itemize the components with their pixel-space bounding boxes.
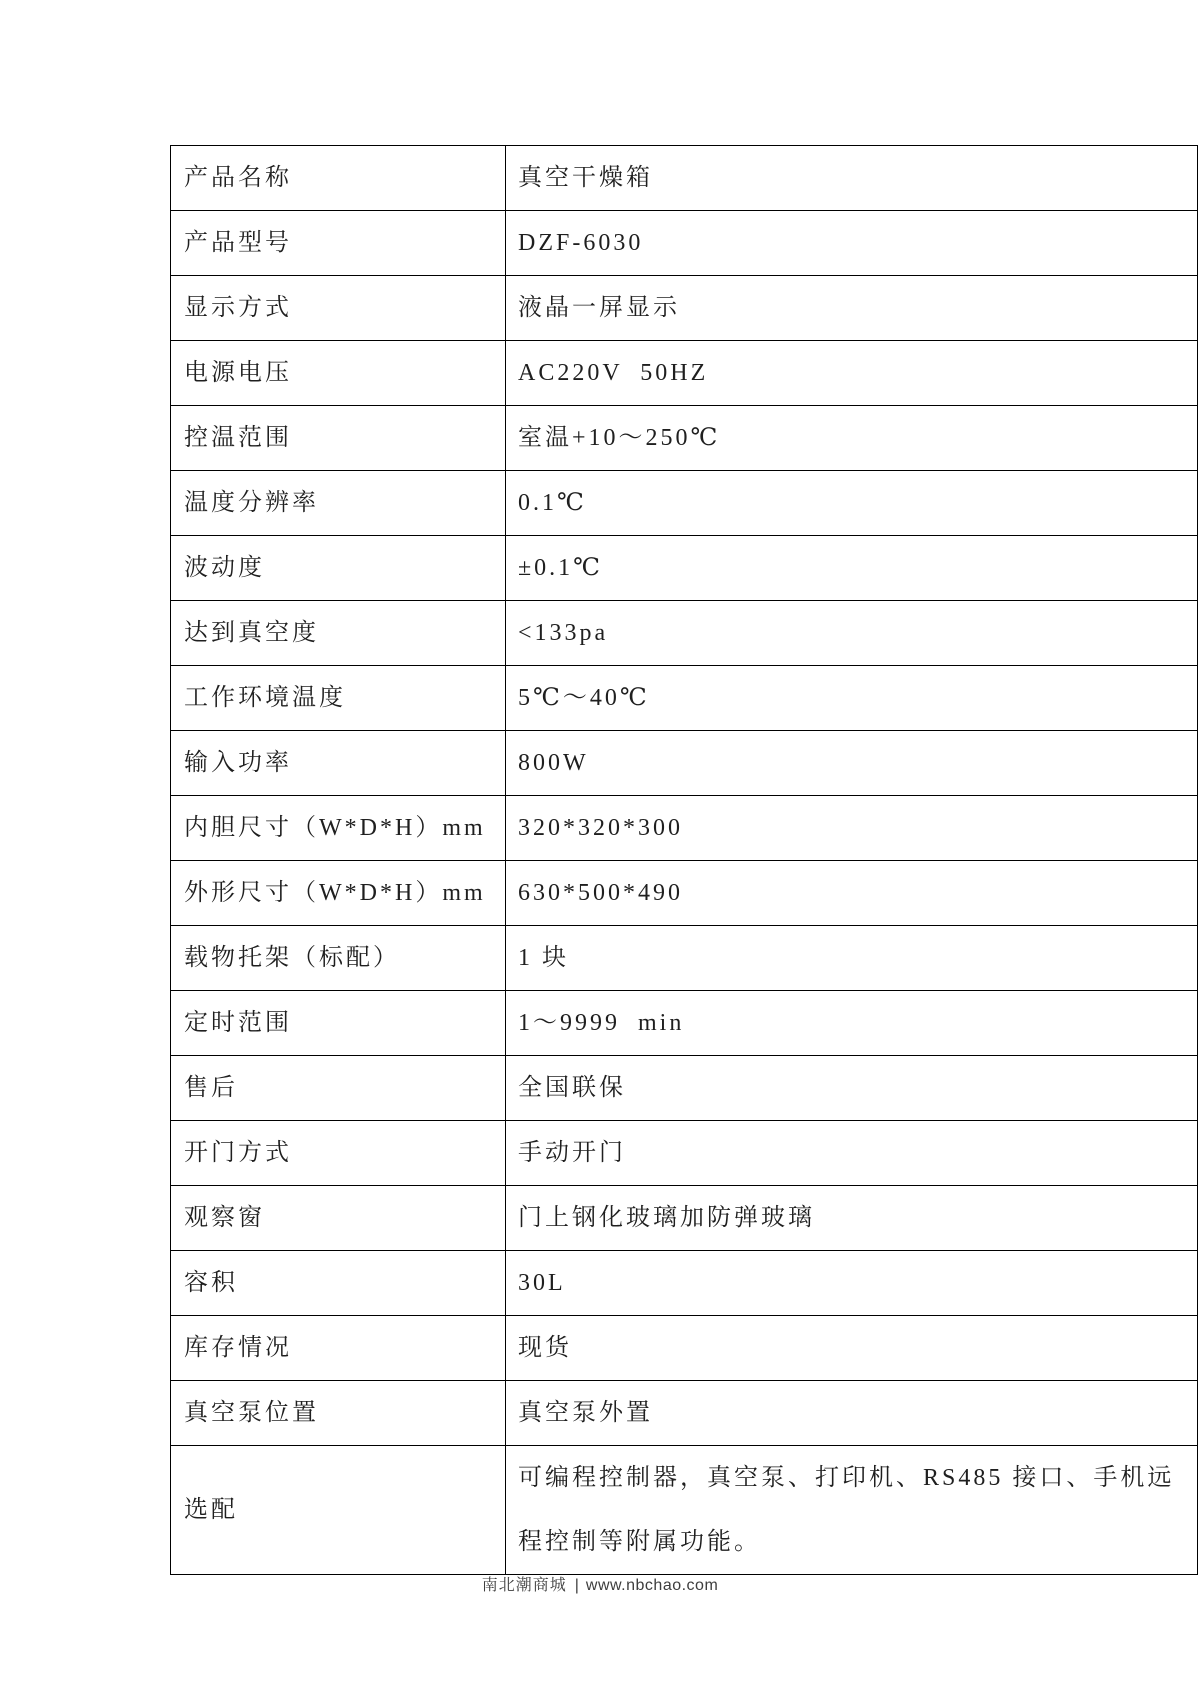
spec-value-cell: 1～9999 min [506, 991, 1198, 1056]
spec-label-cell: 电源电压 [171, 341, 506, 406]
spec-value-cell: 0.1℃ [506, 471, 1198, 536]
table-row: 库存情况 现货 [171, 1316, 1198, 1381]
table-row: 外形尺寸（W*D*H）mm 630*500*490 [171, 861, 1198, 926]
spec-value-cell: 800W [506, 731, 1198, 796]
spec-label-cell: 输入功率 [171, 731, 506, 796]
table-row: 选配 可编程控制器，真空泵、打印机、RS485 接口、手机远程控制等附属功能。 [171, 1446, 1198, 1575]
spec-value-cell: ±0.1℃ [506, 536, 1198, 601]
table-row: 达到真空度 <133pa [171, 601, 1198, 666]
spec-label-cell: 达到真空度 [171, 601, 506, 666]
spec-label-cell: 售后 [171, 1056, 506, 1121]
spec-label-cell: 库存情况 [171, 1316, 506, 1381]
spec-value-cell: 5℃～40℃ [506, 666, 1198, 731]
spec-value-cell: 真空泵外置 [506, 1381, 1198, 1446]
table-row: 电源电压 AC220V 50HZ [171, 341, 1198, 406]
spec-label-cell: 内胆尺寸（W*D*H）mm [171, 796, 506, 861]
table-row: 售后 全国联保 [171, 1056, 1198, 1121]
spec-label-cell: 载物托架（标配） [171, 926, 506, 991]
spec-value-cell: 门上钢化玻璃加防弹玻璃 [506, 1186, 1198, 1251]
spec-label-cell: 产品型号 [171, 211, 506, 276]
table-row: 温度分辨率 0.1℃ [171, 471, 1198, 536]
spec-label-cell: 真空泵位置 [171, 1381, 506, 1446]
table-row: 容积 30L [171, 1251, 1198, 1316]
spec-value-cell: 30L [506, 1251, 1198, 1316]
spec-label-cell: 控温范围 [171, 406, 506, 471]
table-row: 观察窗 门上钢化玻璃加防弹玻璃 [171, 1186, 1198, 1251]
table-row: 波动度 ±0.1℃ [171, 536, 1198, 601]
spec-value-cell: DZF-6030 [506, 211, 1198, 276]
spec-value-cell: AC220V 50HZ [506, 341, 1198, 406]
spec-value-cell: 320*320*300 [506, 796, 1198, 861]
table-row: 真空泵位置 真空泵外置 [171, 1381, 1198, 1446]
spec-label-cell: 定时范围 [171, 991, 506, 1056]
spec-value-cell: 手动开门 [506, 1121, 1198, 1186]
table-row: 工作环境温度 5℃～40℃ [171, 666, 1198, 731]
spec-label-cell: 工作环境温度 [171, 666, 506, 731]
spec-label-cell: 选配 [171, 1446, 506, 1575]
spec-table: 产品名称 真空干燥箱 产品型号 DZF-6030 显示方式 液晶一屏显示 电源电… [170, 145, 1198, 1575]
spec-label-cell: 波动度 [171, 536, 506, 601]
spec-value-cell: <133pa [506, 601, 1198, 666]
footer-separator: | [575, 1577, 580, 1594]
spec-value-cell: 1 块 [506, 926, 1198, 991]
spec-label-cell: 产品名称 [171, 146, 506, 211]
table-row: 开门方式 手动开门 [171, 1121, 1198, 1186]
spec-label-cell: 开门方式 [171, 1121, 506, 1186]
spec-label-cell: 温度分辨率 [171, 471, 506, 536]
spec-label-cell: 容积 [171, 1251, 506, 1316]
spec-label-cell: 显示方式 [171, 276, 506, 341]
table-row: 定时范围 1～9999 min [171, 991, 1198, 1056]
spec-label-cell: 观察窗 [171, 1186, 506, 1251]
table-row: 输入功率 800W [171, 731, 1198, 796]
spec-value-cell: 可编程控制器，真空泵、打印机、RS485 接口、手机远程控制等附属功能。 [506, 1446, 1198, 1575]
footer-url: www.nbchao.com [586, 1577, 718, 1594]
table-row: 显示方式 液晶一屏显示 [171, 276, 1198, 341]
spec-value-cell: 液晶一屏显示 [506, 276, 1198, 341]
page-footer: 南北潮商城|www.nbchao.com [0, 1572, 1200, 1595]
spec-table-body: 产品名称 真空干燥箱 产品型号 DZF-6030 显示方式 液晶一屏显示 电源电… [171, 146, 1198, 1575]
table-row: 产品名称 真空干燥箱 [171, 146, 1198, 211]
spec-value-cell: 真空干燥箱 [506, 146, 1198, 211]
table-row: 内胆尺寸（W*D*H）mm 320*320*300 [171, 796, 1198, 861]
table-row: 载物托架（标配） 1 块 [171, 926, 1198, 991]
spec-value-cell: 全国联保 [506, 1056, 1198, 1121]
table-row: 产品型号 DZF-6030 [171, 211, 1198, 276]
table-row: 控温范围 室温+10～250℃ [171, 406, 1198, 471]
spec-value-cell: 室温+10～250℃ [506, 406, 1198, 471]
spec-value-cell: 630*500*490 [506, 861, 1198, 926]
spec-label-cell: 外形尺寸（W*D*H）mm [171, 861, 506, 926]
footer-site-name: 南北潮商城 [482, 1577, 567, 1594]
spec-value-cell: 现货 [506, 1316, 1198, 1381]
